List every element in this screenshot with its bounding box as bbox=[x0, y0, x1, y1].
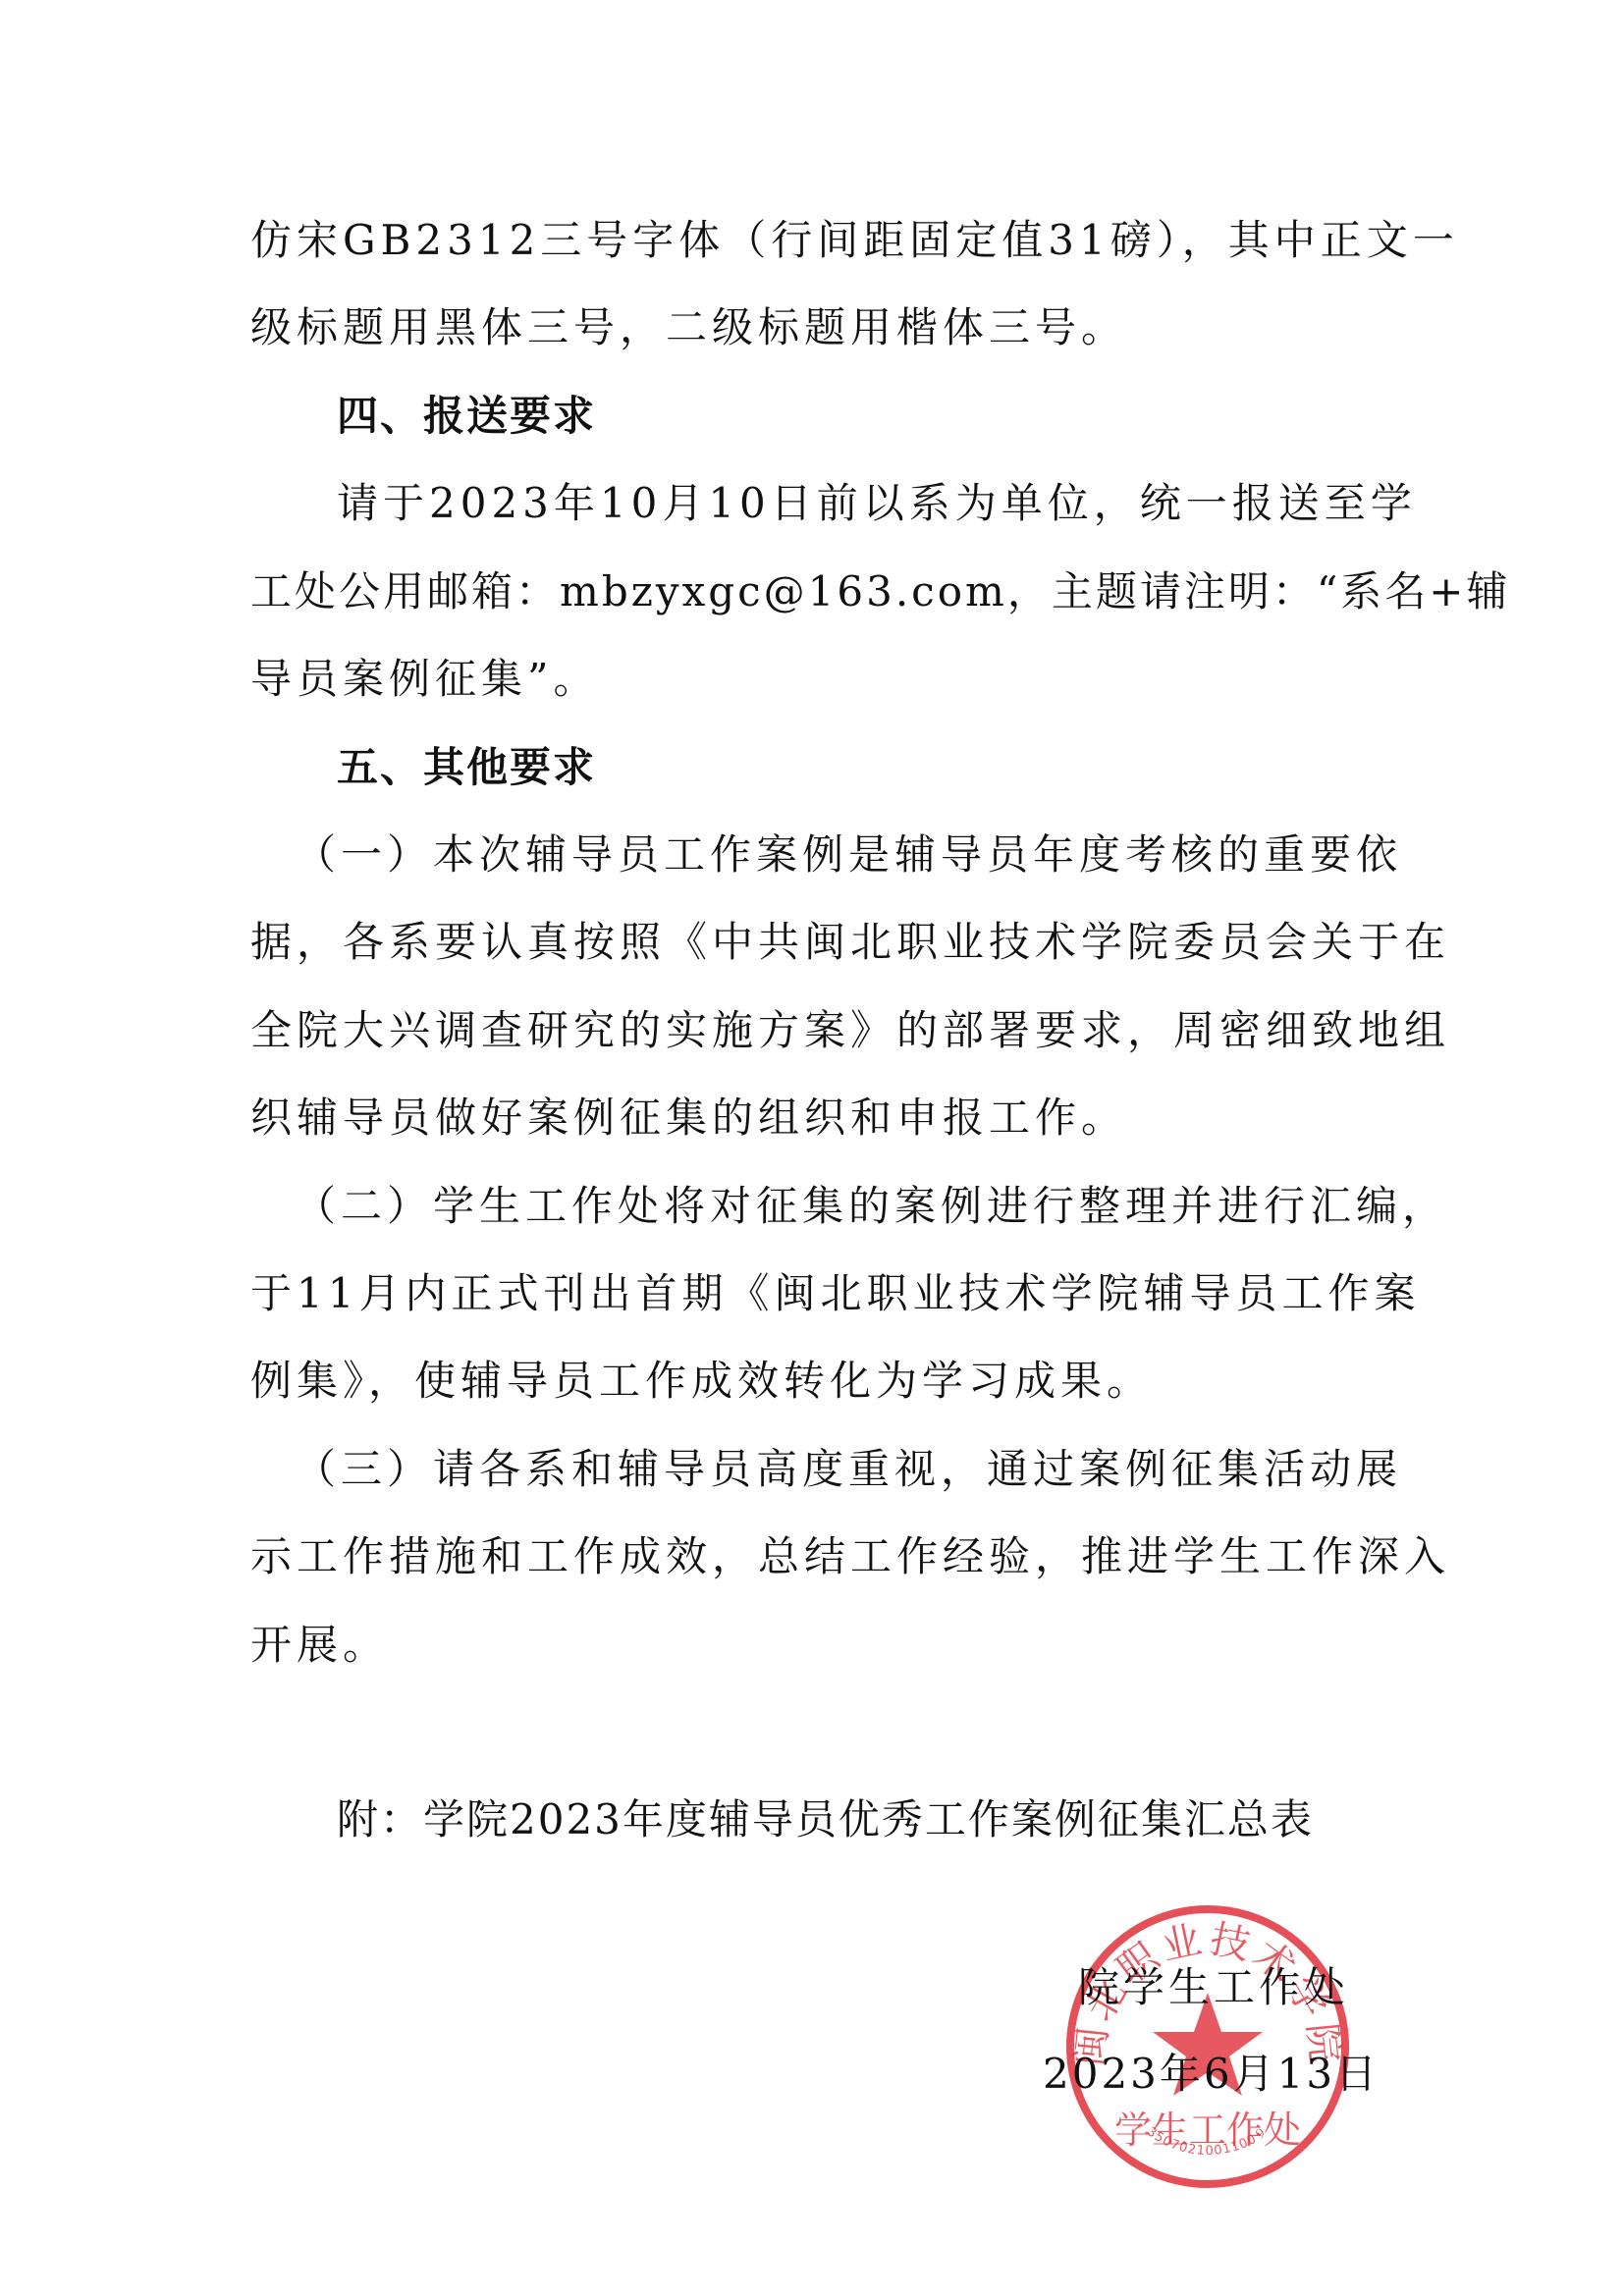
body-line: （二）学生工作处将对征集的案例进行整理并进行汇编， bbox=[295, 1179, 1434, 1234]
body-line: 级标题用黑体三号，二级标题用楷体三号。 bbox=[250, 300, 1389, 355]
issue-date: 2023年6月13日 bbox=[1043, 2047, 1380, 2102]
body-line: （三）请各系和辅导员高度重视，通过案例征集活动展 bbox=[295, 1442, 1434, 1497]
section-heading-4: 四、报送要求 bbox=[337, 389, 1476, 444]
body-line: 织辅导员做好案例征集的组织和申报工作。 bbox=[250, 1091, 1389, 1146]
body-line: 仿宋GB2312三号字体（行间距固定值31磅），其中正文一 bbox=[250, 213, 1389, 268]
body-line: 据，各系要认真按照《中共闽北职业技术学院委员会关于在 bbox=[250, 915, 1389, 970]
body-line: 示工作措施和工作成效，总结工作经验，推进学生工作深入 bbox=[250, 1529, 1389, 1584]
attachment-note: 附：学院2023年度辅导员优秀工作案例征集汇总表 bbox=[337, 1792, 1476, 1847]
body-line: 请于2023年10月10日前以系为单位，统一报送至学 bbox=[337, 476, 1476, 531]
body-line: 于11月内正式刊出首期《闽北职业技术学院辅导员工作案 bbox=[250, 1266, 1389, 1321]
body-line: 导员案例征集”。 bbox=[250, 652, 1389, 707]
document-page: 仿宋GB2312三号字体（行间距固定值31磅），其中正文一 级标题用黑体三号，二… bbox=[0, 0, 1624, 2296]
body-line: 全院大兴调查研究的实施方案》的部署要求，周密细致地组 bbox=[250, 1003, 1389, 1058]
body-line-email: 工处公用邮箱：mbzyxgc@163.com，主题请注明：“系名+辅 bbox=[250, 564, 1389, 619]
body-line: 开展。 bbox=[250, 1618, 1389, 1673]
body-line: （一）本次辅导员工作案例是辅导员年度考核的重要依 bbox=[295, 828, 1434, 882]
issuer-name: 院学生工作处 bbox=[1078, 1960, 1349, 2015]
body-line: 例集》，使辅导员工作成效转化为学习成果。 bbox=[250, 1354, 1389, 1409]
section-heading-5: 五、其他要求 bbox=[337, 740, 1476, 795]
